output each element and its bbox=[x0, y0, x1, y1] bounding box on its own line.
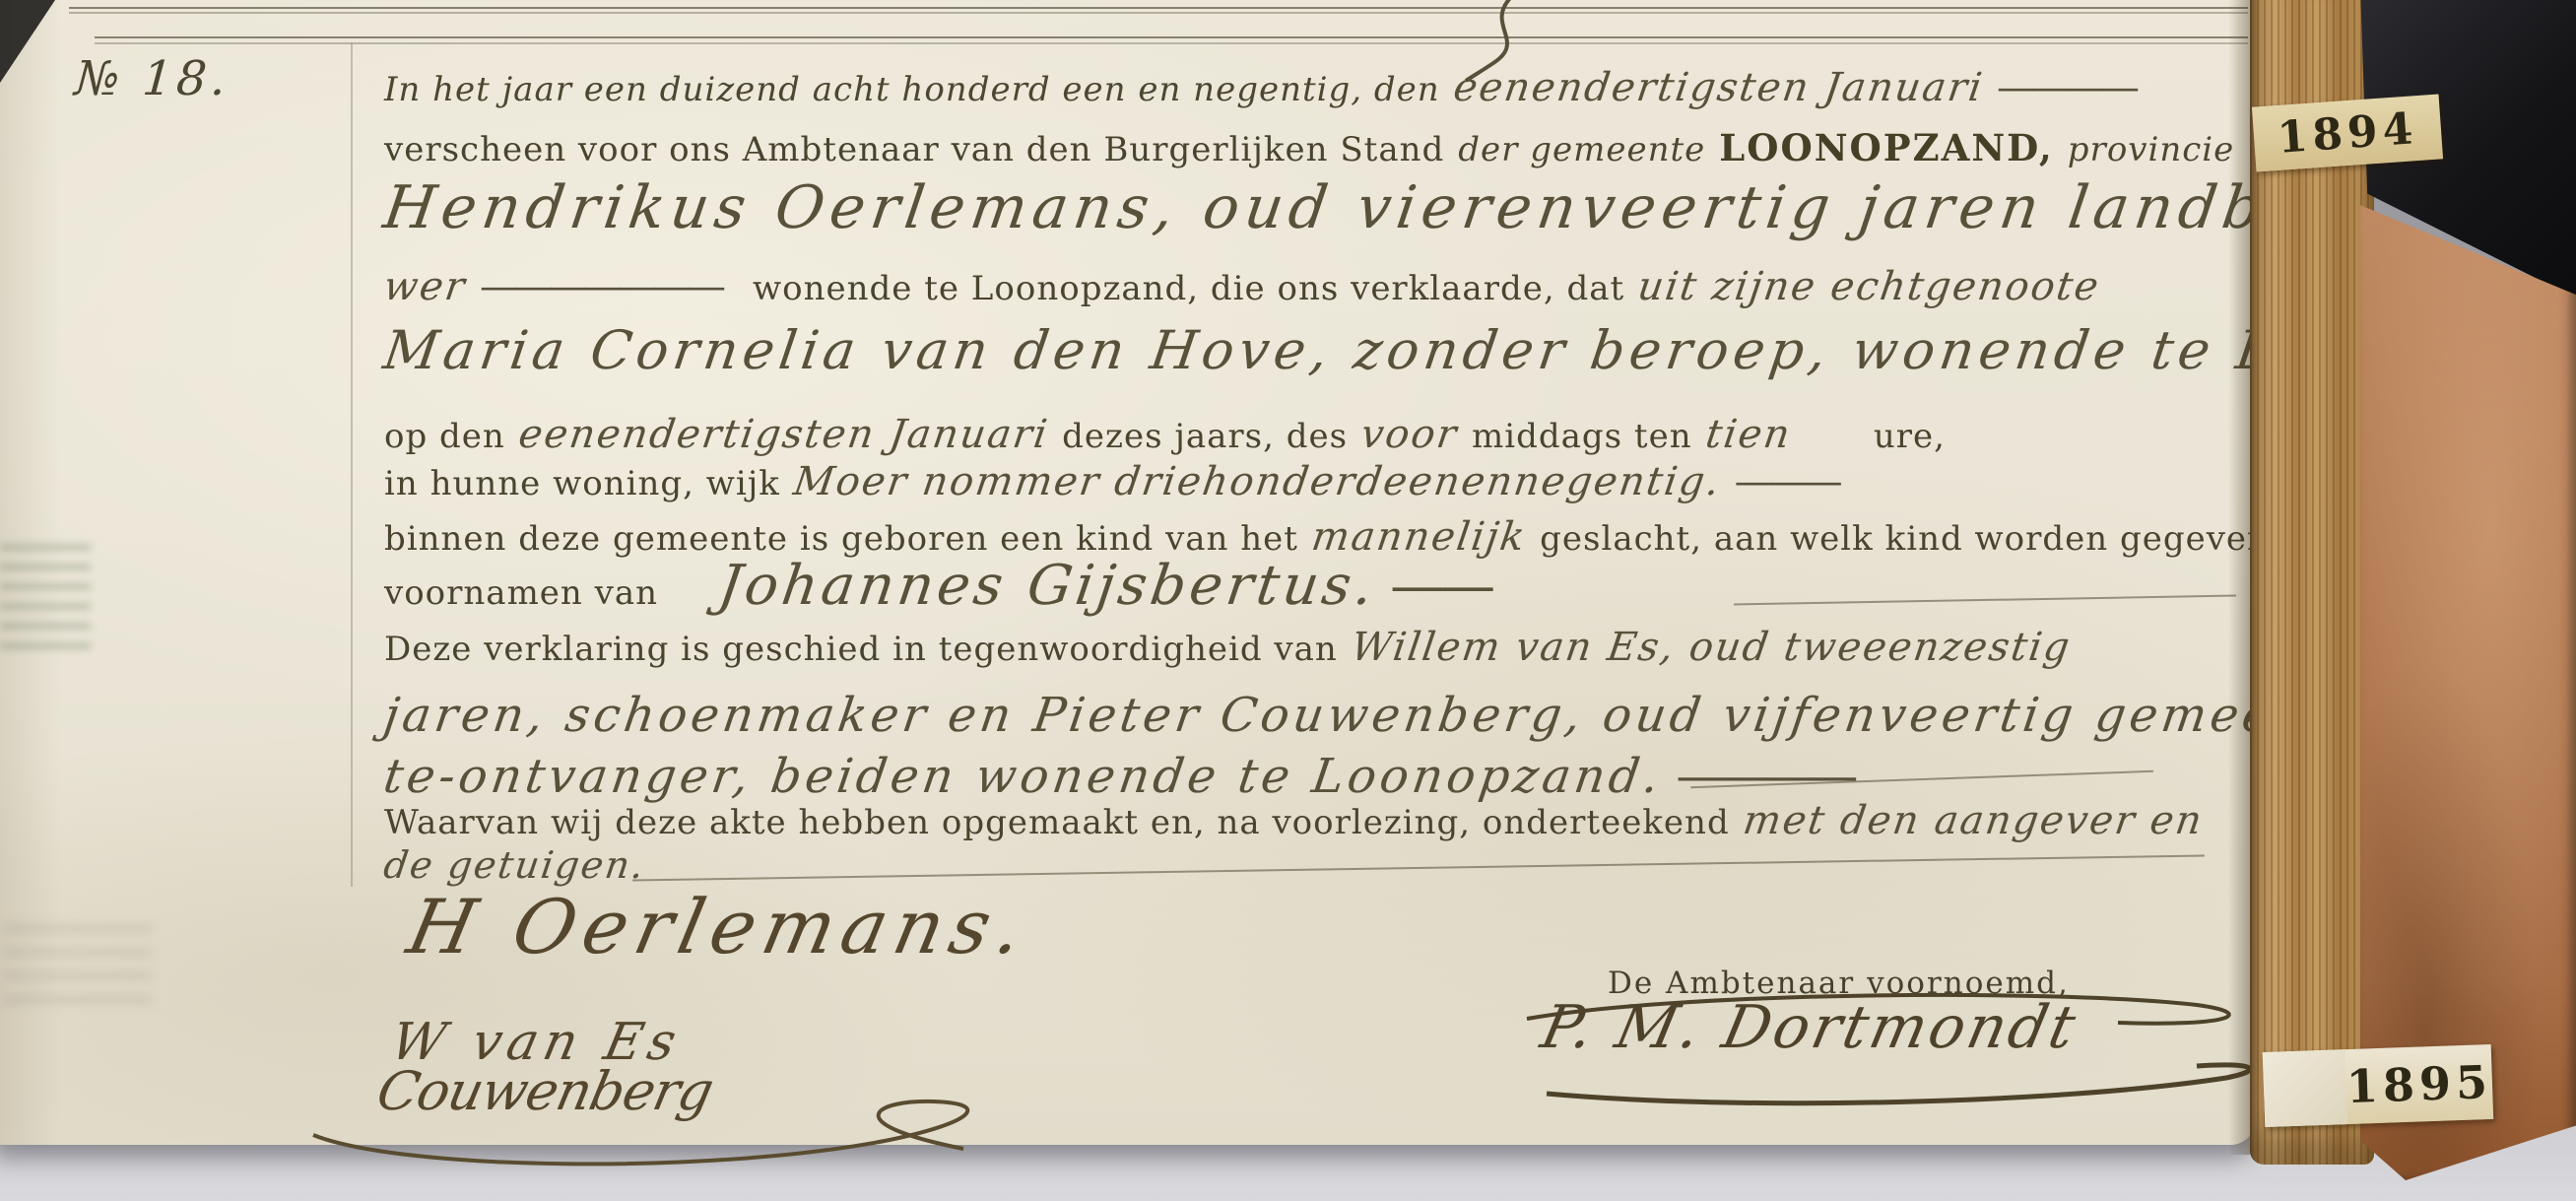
year-tab-1895: 1895 bbox=[2263, 1044, 2494, 1127]
text-segment: verscheen voor ons Ambtenaar van den Bur… bbox=[384, 130, 1444, 169]
text-segment: eenendertigsten Januari bbox=[516, 412, 1052, 457]
act-line-3: Hendrikus Oerlemans, oud vierenveertig j… bbox=[384, 173, 2392, 242]
text-segment: met den aangever en bbox=[1740, 798, 2206, 843]
text-segment: In het jaar een duizend acht honderd een… bbox=[384, 70, 1440, 109]
text-segment: voor bbox=[1358, 412, 1461, 457]
text-segment: ———— bbox=[1676, 747, 1853, 804]
photo-of-birth-register: { "photo": { "record_number": "№ 18.", "… bbox=[0, 0, 2576, 1201]
act-line-2: verscheen voor ons Ambtenaar van den Bur… bbox=[384, 126, 2527, 169]
text-segment: de getuigen. bbox=[381, 843, 648, 887]
text-segment: provincie bbox=[2068, 130, 2235, 169]
declarant-signature: H Oerlemans. bbox=[410, 883, 1029, 970]
text-segment: uit zijne echtgenoote bbox=[1635, 264, 2103, 309]
text-segment: voornamen van bbox=[384, 573, 658, 613]
previous-act-rule bbox=[69, 12, 2248, 14]
year-tab-label: 1895 bbox=[2345, 1055, 2493, 1113]
signature-flourish-icon bbox=[284, 1080, 1052, 1174]
act-line-12: te-ontvanger, beiden wonende te Loonopza… bbox=[384, 747, 1867, 804]
text-segment: in hunne woning, wijk bbox=[384, 464, 780, 503]
text-segment: tien bbox=[1702, 412, 1794, 457]
act-line-13: Waarvan wij deze akte hebben opgemaakt e… bbox=[384, 798, 2216, 843]
text-segment: eenendertigsten Januari bbox=[1450, 65, 1986, 110]
signature-flourish-icon bbox=[1507, 983, 2295, 1131]
previous-act-rule bbox=[95, 36, 2248, 38]
text-segment: Johannes Gijsbertus. bbox=[714, 554, 1380, 618]
act-line-11: jaren, schoenmaker en Pieter Couwenberg,… bbox=[384, 688, 2343, 743]
act-line-14: de getuigen. bbox=[384, 843, 659, 887]
text-segment: ———— bbox=[1997, 65, 2135, 110]
text-segment: Willem van Es, oud tweeenzestig bbox=[1349, 625, 2075, 670]
text-segment: Moer nommer driehonderdeenennegentig. bbox=[791, 459, 1724, 504]
year-tab-label: 1894 bbox=[2252, 101, 2442, 165]
text-segment: ——— bbox=[1735, 459, 1838, 504]
previous-act-rule bbox=[69, 7, 2248, 9]
year-tab-1894: 1894 bbox=[2252, 94, 2443, 171]
act-line-1: In het jaar een duizend acht honderd een… bbox=[384, 65, 2148, 110]
text-segment: Waarvan wij deze akte hebben opgemaakt e… bbox=[384, 803, 1730, 842]
text-segment: ——————— bbox=[480, 264, 721, 309]
text-segment: binnen deze gemeente is geboren een kind… bbox=[384, 519, 1298, 559]
text-segment: geslacht, aan welk kind worden gegeven d… bbox=[1540, 519, 2325, 559]
text-segment: dezes jaars, des bbox=[1062, 417, 1348, 456]
text-segment: —— bbox=[1390, 554, 1490, 618]
text-segment: op den bbox=[384, 417, 505, 456]
text-segment: LOONOPZAND, bbox=[1719, 126, 2054, 169]
text-segment: wer bbox=[381, 264, 469, 309]
act-line-7: in hunne woning, wijkMoer nommer driehon… bbox=[384, 459, 1852, 504]
previous-act-rule bbox=[95, 42, 2248, 44]
act-line-6: op deneenendertigsten Januaridezes jaars… bbox=[384, 412, 1959, 457]
text-segment: der gemeente bbox=[1458, 130, 1705, 169]
text-segment: te-ontvanger, beiden wonende te Loonopza… bbox=[380, 749, 1666, 804]
page-edge-smudge bbox=[4, 924, 152, 1007]
text-segment: Deze verklaring is geschied in tegenwoor… bbox=[384, 630, 1338, 669]
text-segment: jaren, schoenmaker en Pieter Couwenberg,… bbox=[380, 688, 2333, 743]
act-line-10: Deze verklaring is geschied in tegenwoor… bbox=[384, 625, 2084, 670]
act-line-9: voornamen vanJohannes Gijsbertus.—— bbox=[384, 554, 1504, 618]
text-segment: wonende te Loonopzand, die ons verklaard… bbox=[753, 269, 1624, 308]
text-segment: middags ten bbox=[1472, 417, 1692, 456]
page-edge-smudge bbox=[0, 544, 91, 662]
leather-cover-brown bbox=[2360, 185, 2576, 1180]
record-number: № 18. bbox=[73, 51, 231, 106]
text-segment: Hendrikus Oerlemans, oud vierenveertig j… bbox=[379, 173, 2383, 242]
act-line-4: wer———————wonende te Loonopzand, die ons… bbox=[384, 264, 2114, 309]
text-segment: ure, bbox=[1874, 417, 1946, 456]
book-fore-edge bbox=[2250, 0, 2374, 1165]
year-tab-fold bbox=[2263, 1049, 2348, 1127]
margin-rule bbox=[351, 43, 353, 887]
